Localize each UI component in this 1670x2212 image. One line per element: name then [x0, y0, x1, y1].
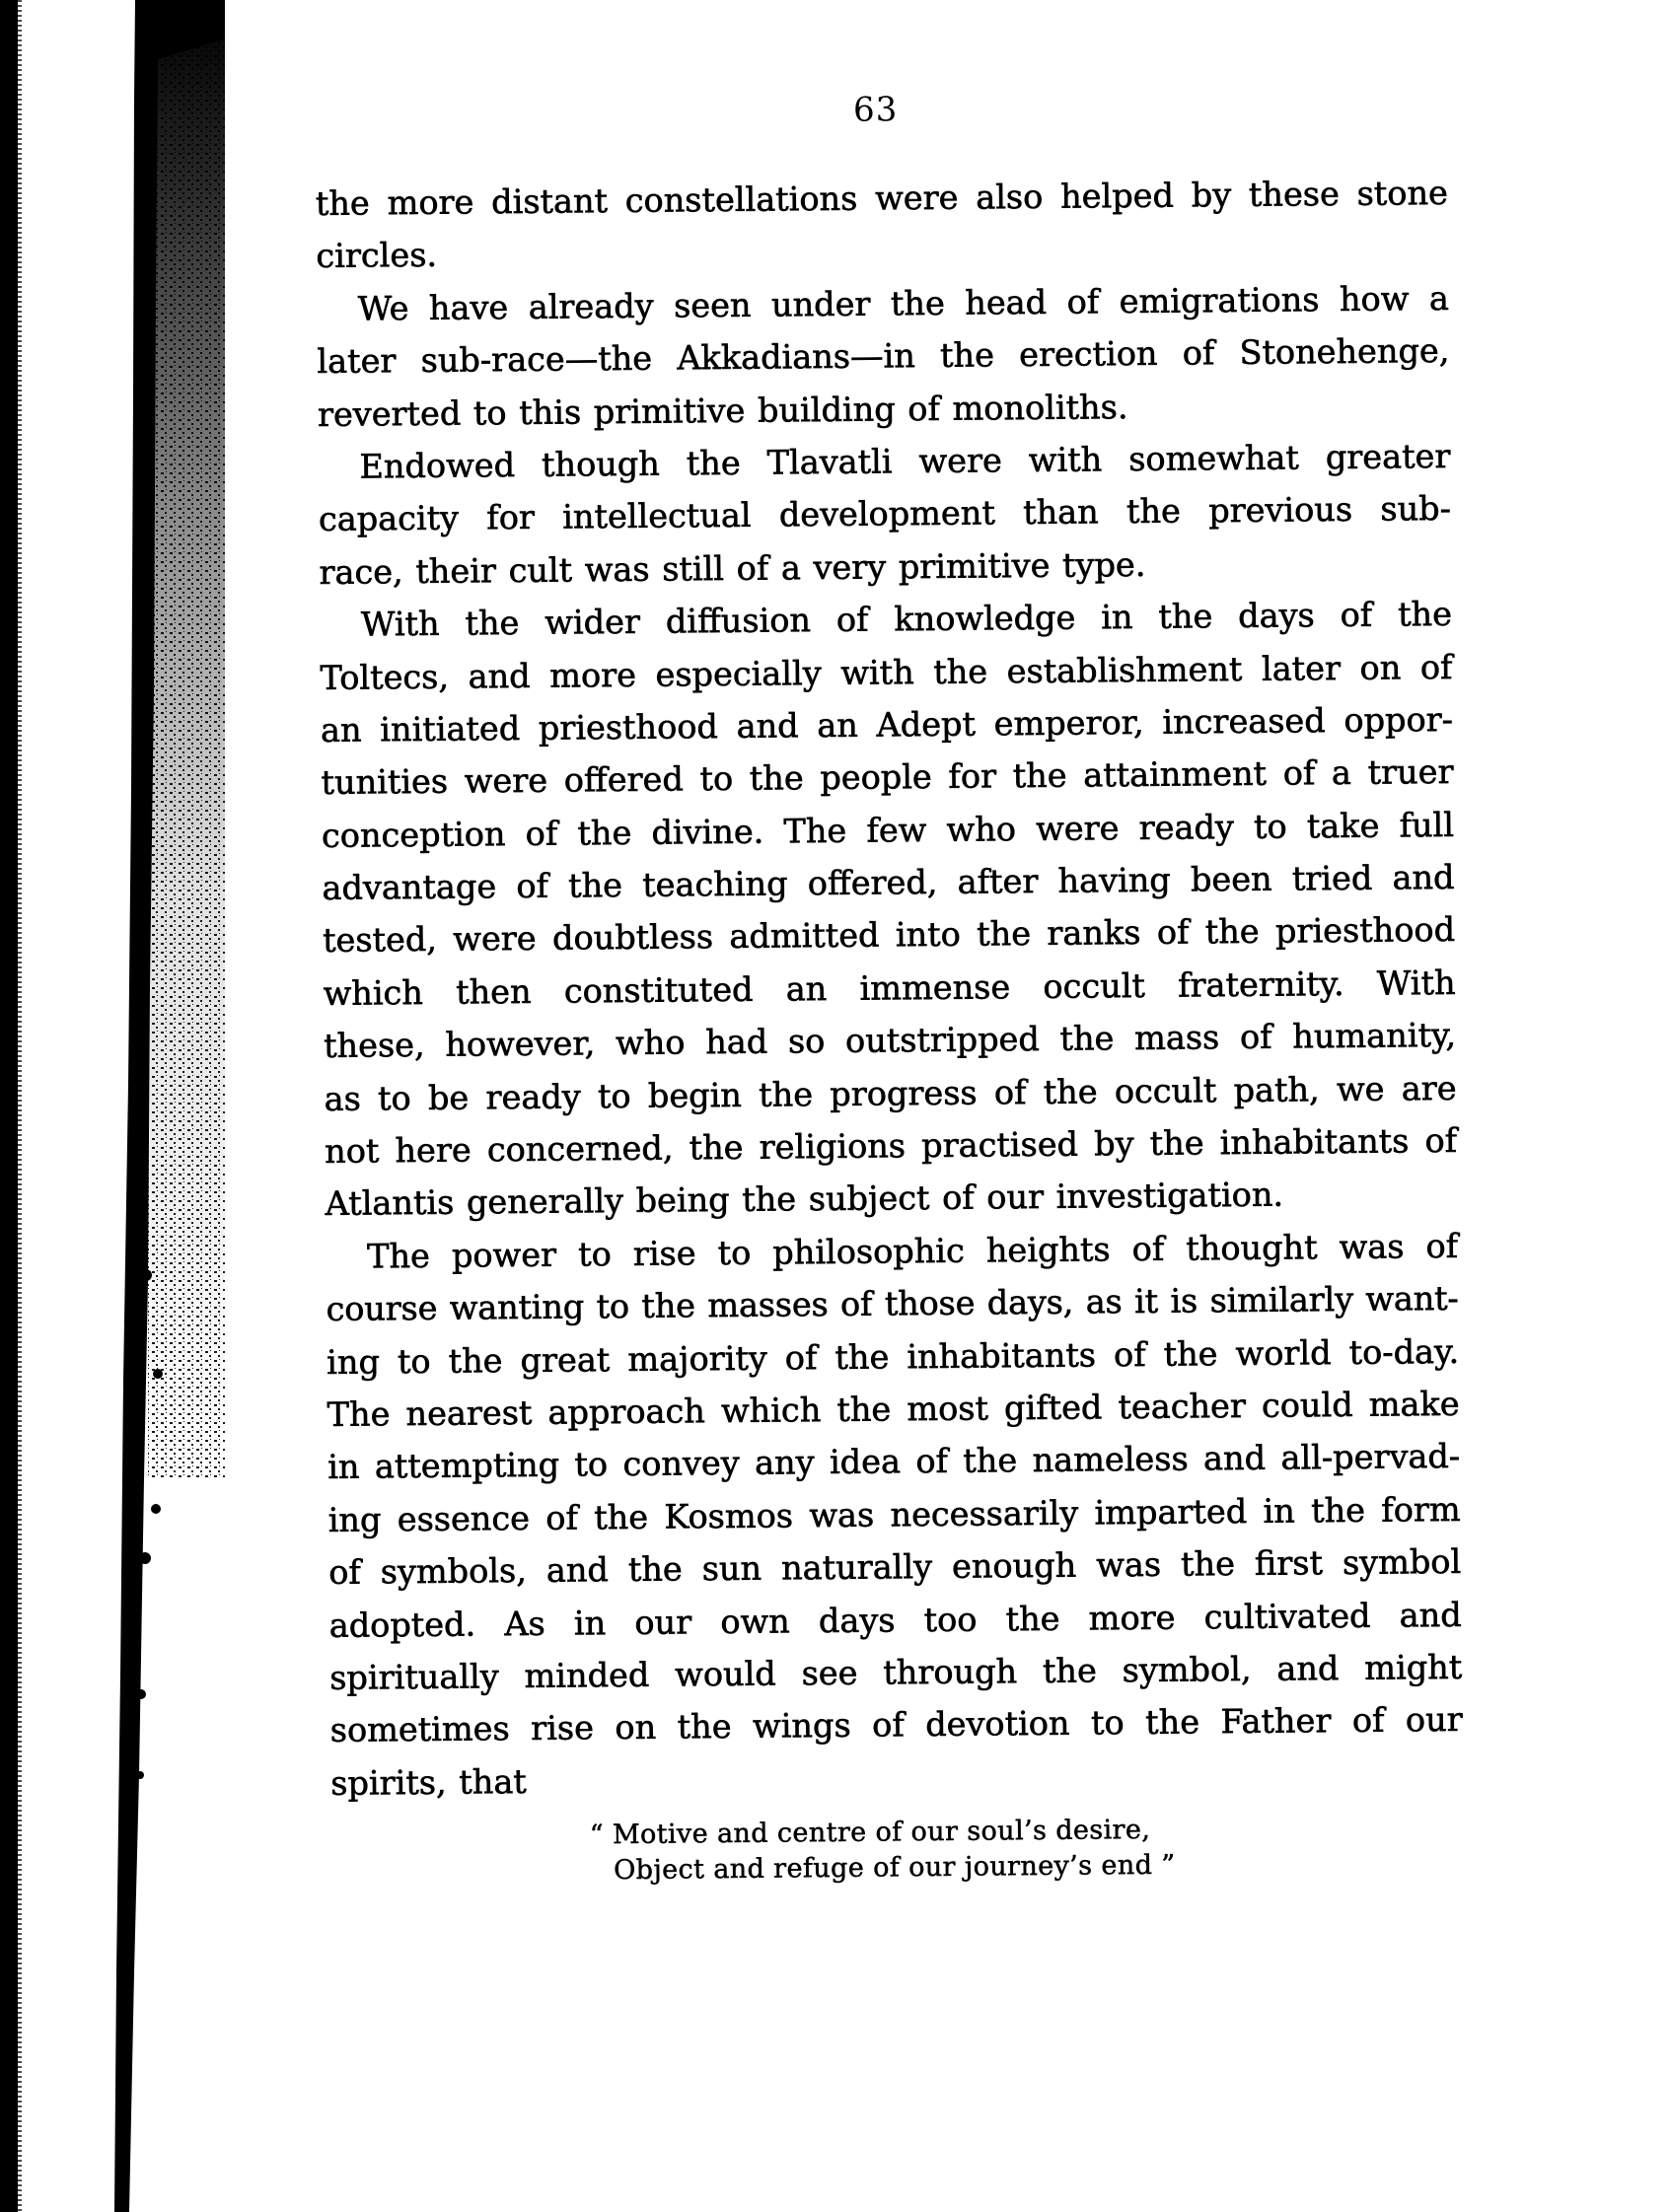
text-line: spirits, that: [330, 1747, 1463, 1810]
verse-quote-line-1: “ Motive and centre of our soul’s desire…: [590, 1815, 1151, 1850]
text-line: sometimes rise on the wings of devotion …: [330, 1693, 1463, 1756]
page-number: 63: [853, 93, 899, 126]
text-line: capacity for intellectual development th…: [319, 482, 1451, 545]
body-text: the more distant constellations were als…: [316, 167, 1464, 1810]
verse-quote-line-2: Object and refuge of our journey’s end ”: [614, 1850, 1176, 1886]
text-line: later sub-race—the Akkadians—in the erec…: [317, 324, 1449, 388]
book-page: 63 the more distant constellations were …: [0, 0, 1670, 2212]
